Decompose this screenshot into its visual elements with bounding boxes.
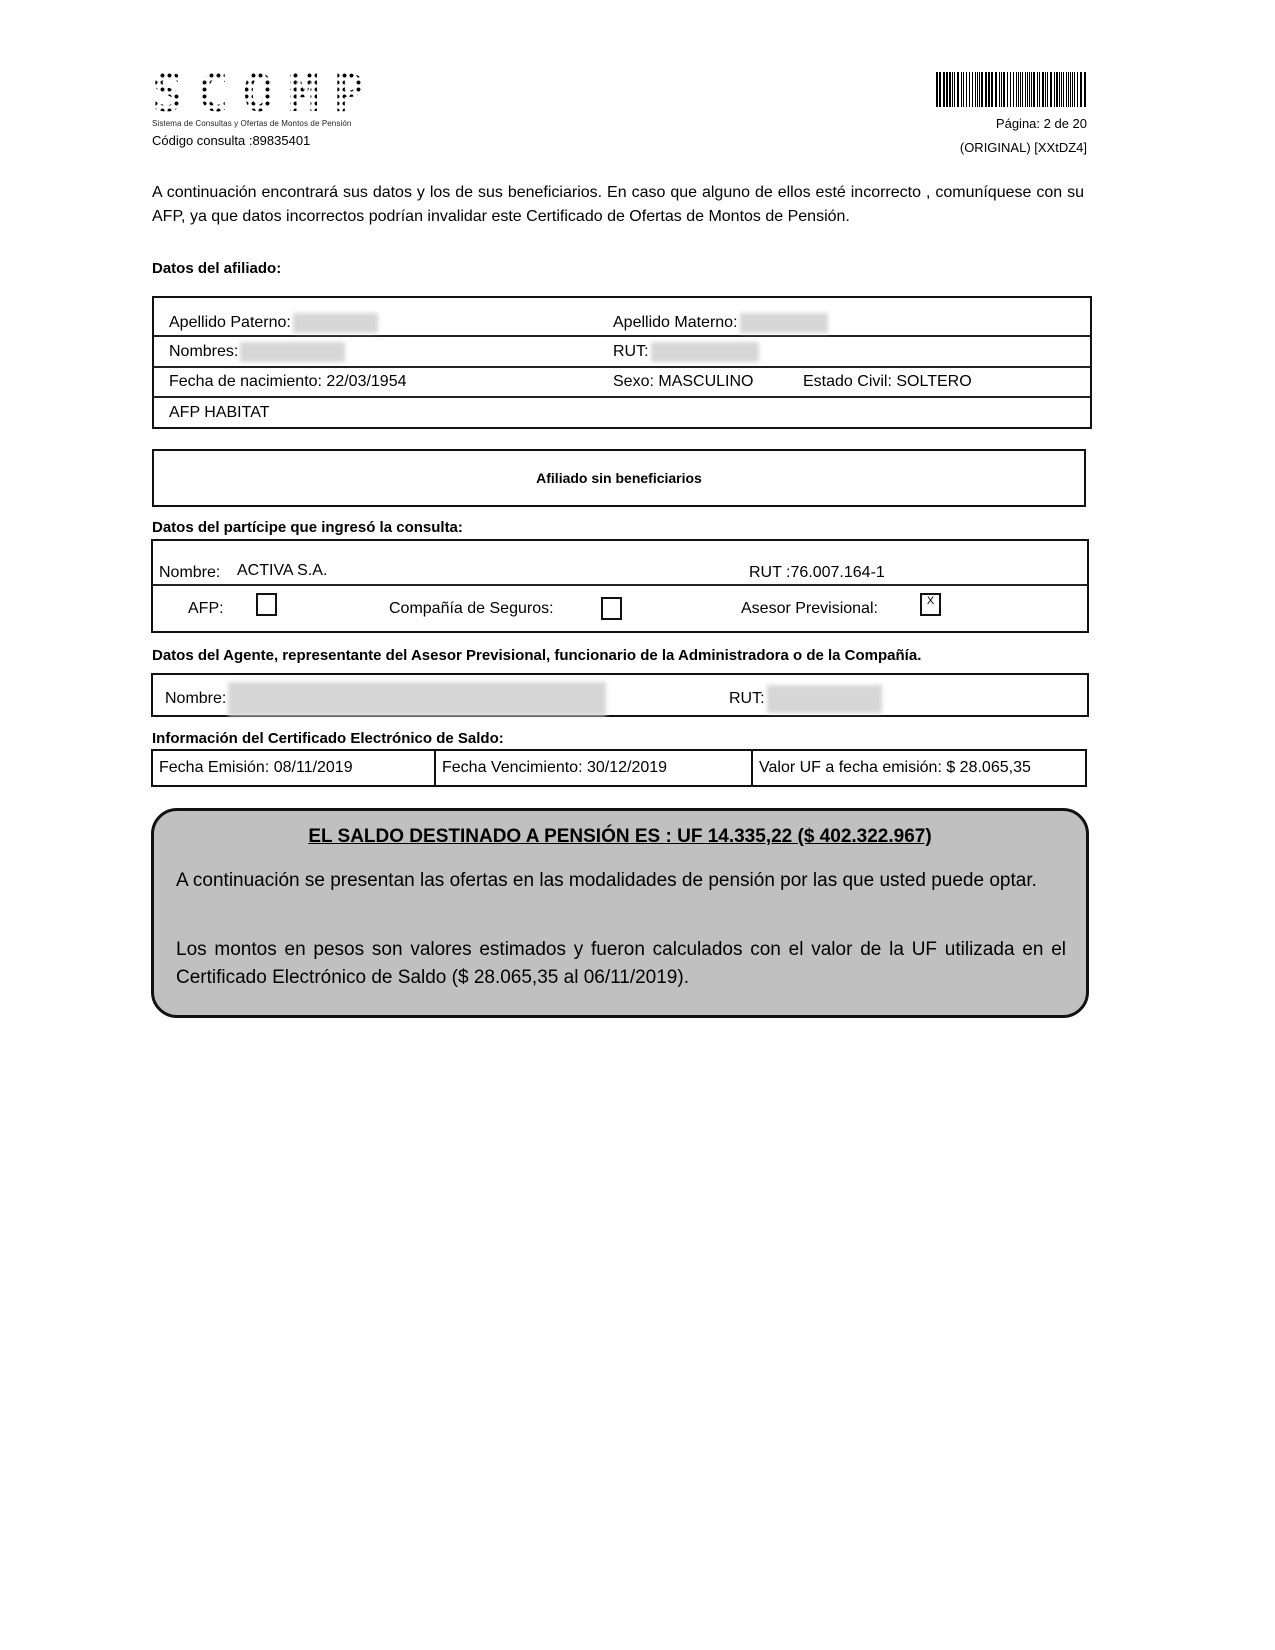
agente-table: Nombre: RUT:: [151, 673, 1089, 717]
apellido-materno-label: Apellido Materno:: [613, 314, 738, 332]
asesor-checkbox[interactable]: X: [920, 582, 941, 627]
redacted-value: [228, 682, 606, 716]
afiliado-row-nombres: Nombres: RUT:: [154, 337, 1090, 368]
fecha-emision: Fecha Emisión: 08/11/2019: [153, 751, 436, 785]
rut-afiliado: RUT:: [613, 337, 759, 366]
agente-nombre: Nombre:: [165, 675, 606, 719]
apellido-materno: Apellido Materno:: [613, 298, 828, 341]
section-title-afiliado: Datos del afiliado:: [152, 260, 281, 277]
scomp-logo: SCOMP Sistema de Consultas y Ofertas de …: [152, 72, 392, 128]
intro-paragraph: A continuación encontrará sus datos y lo…: [152, 181, 1084, 229]
agente-rut-label: RUT:: [729, 690, 765, 708]
compania-option-label: Compañía de Seguros:: [389, 586, 554, 631]
agente-nombre-label: Nombre:: [165, 690, 226, 708]
saldo-title: EL SALDO DESTINADO A PENSIÓN ES : UF 14.…: [154, 826, 1086, 848]
afp-checkbox[interactable]: [256, 582, 277, 627]
redacted-value: [293, 313, 378, 333]
sexo: Sexo: MASCULINO: [613, 368, 753, 396]
afiliado-row-afp: AFP HABITAT: [154, 398, 1090, 427]
saldo-paragraph-ofertas: A continuación se presentan las ofertas …: [176, 867, 1066, 895]
rut-label: RUT:: [613, 343, 649, 361]
estado-civil: Estado Civil: SOLTERO: [803, 368, 972, 396]
agente-rut: RUT:: [729, 675, 882, 719]
participe-row-tipo: AFP: Compañía de Seguros: Asesor Previsi…: [153, 586, 1087, 631]
redacted-value: [767, 685, 882, 713]
nombres: Nombres:: [169, 337, 345, 366]
saldo-paragraph-montos: Los montos en pesos son valores estimado…: [176, 936, 1066, 992]
participe-nombre-value: ACTIVA S.A.: [237, 541, 327, 592]
saldo-box: EL SALDO DESTINADO A PENSIÓN ES : UF 14.…: [151, 808, 1089, 1018]
asesor-option-label: Asesor Previsional:: [741, 586, 878, 631]
fecha-nacimiento: Fecha de nacimiento: 22/03/1954: [169, 368, 407, 396]
section-title-agente: Datos del Agente, representante del Ases…: [152, 647, 921, 664]
redacted-value: [740, 313, 828, 333]
fecha-vencimiento: Fecha Vencimiento: 30/12/2019: [436, 751, 753, 785]
apellido-paterno-label: Apellido Paterno:: [169, 314, 291, 332]
barcode-icon: [936, 72, 1088, 107]
agente-row: Nombre: RUT:: [153, 675, 1087, 715]
codigo-consulta: Código consulta :89835401: [152, 133, 310, 148]
nombres-label: Nombres:: [169, 343, 238, 361]
afp-checkbox-mark: [256, 593, 277, 616]
afiliado-row-datos: Fecha de nacimiento: 22/03/1954 Sexo: MA…: [154, 368, 1090, 398]
afiliado-table: Apellido Paterno: Apellido Materno: Nomb…: [152, 296, 1092, 429]
document-code: (ORIGINAL) [XXtDZ4]: [960, 140, 1087, 155]
valor-uf: Valor UF a fecha emisión: $ 28.065,35: [753, 751, 1085, 785]
participe-row-nombre: Nombre: ACTIVA S.A. RUT :76.007.164-1: [153, 541, 1087, 586]
compania-checkbox-mark: [601, 597, 622, 620]
asesor-checkbox-mark: X: [920, 593, 941, 616]
afiliado-row-apellidos: Apellido Paterno: Apellido Materno:: [154, 298, 1090, 337]
beneficiarios-box: Afiliado sin beneficiarios: [152, 449, 1086, 507]
afp-name: AFP HABITAT: [169, 398, 269, 427]
logo-text: SCOMP: [152, 72, 392, 116]
page-number: Página: 2 de 20: [996, 116, 1087, 131]
afp-option-label: AFP:: [188, 586, 224, 631]
apellido-paterno: Apellido Paterno:: [169, 298, 378, 341]
compania-checkbox[interactable]: [601, 586, 622, 631]
section-title-certificado: Información del Certificado Electrónico …: [152, 730, 504, 747]
certificado-table: Fecha Emisión: 08/11/2019 Fecha Vencimie…: [151, 749, 1087, 787]
redacted-value: [651, 342, 759, 362]
section-title-participe: Datos del partícipe que ingresó la consu…: [152, 519, 463, 536]
redacted-value: [240, 342, 345, 362]
participe-table: Nombre: ACTIVA S.A. RUT :76.007.164-1 AF…: [151, 539, 1089, 633]
